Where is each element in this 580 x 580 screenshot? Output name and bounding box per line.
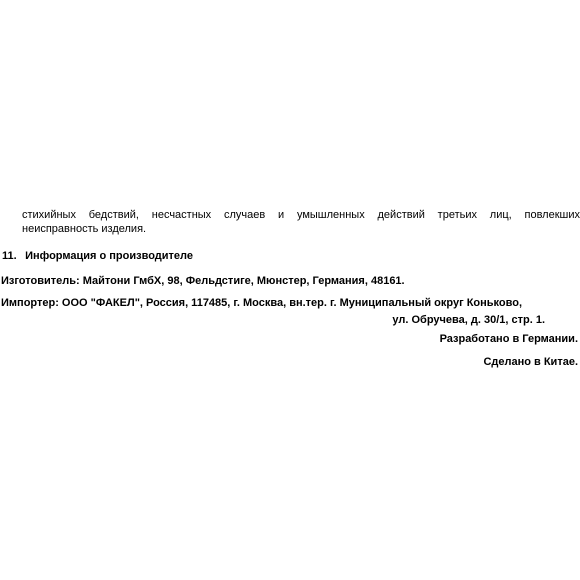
warranty-paragraph-line-2: неисправность изделия. bbox=[22, 222, 580, 236]
made-in-note: Сделано в Китае. bbox=[483, 356, 578, 368]
warranty-paragraph-line-1: стихийных бедствий, несчастных случаев и… bbox=[22, 208, 580, 222]
warranty-paragraph: стихийных бедствий, несчастных случаев и… bbox=[22, 208, 580, 236]
importer-info-line-2: ул. Обручева, д. 30/1, стр. 1. bbox=[392, 314, 545, 326]
importer-info-line-1: Импортер: ООО "ФАКЕЛ", Россия, 117485, г… bbox=[1, 297, 522, 309]
section-title: Информация о производителе bbox=[25, 250, 193, 262]
section-number: 11. bbox=[2, 250, 22, 262]
designed-in-note: Разработано в Германии. bbox=[440, 333, 578, 345]
manufacturer-info: Изготовитель: Майтони ГмбХ, 98, Фельдсти… bbox=[1, 275, 405, 287]
section-heading: 11. Информация о производителе bbox=[2, 250, 193, 262]
